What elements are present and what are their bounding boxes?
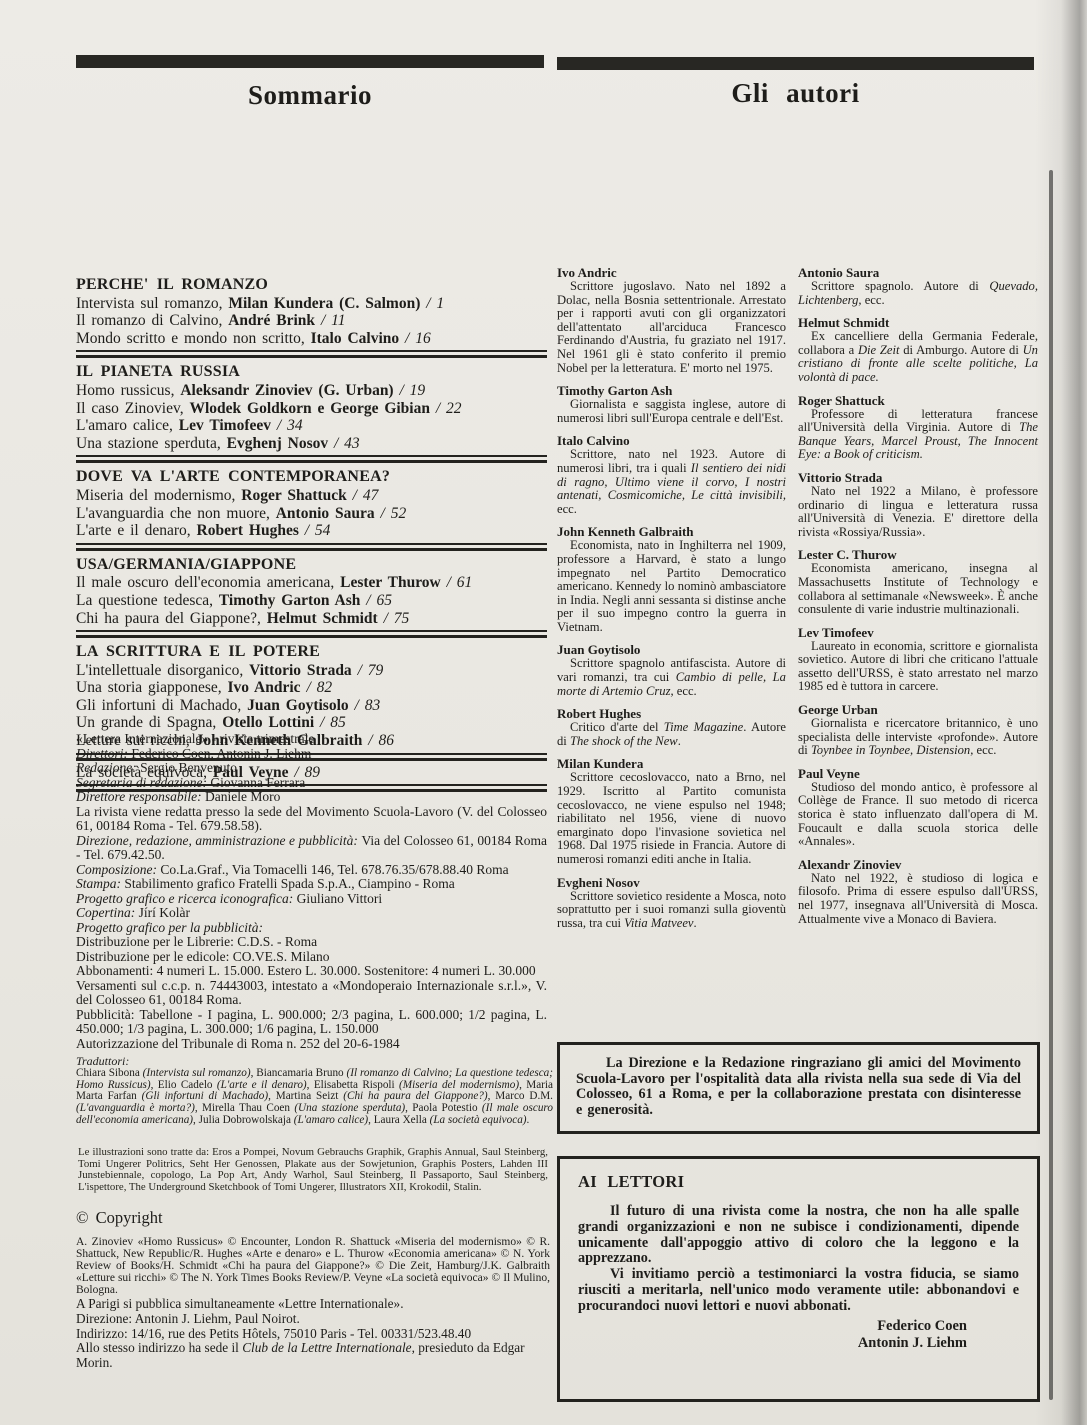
masthead-value: Giovanna Ferrara <box>210 775 305 790</box>
bio-author-name: John Kenneth Galbraith <box>557 525 786 539</box>
masthead-line: Pubblicità: Tabellone - I pagina, L. 900… <box>76 1008 547 1037</box>
text-segment: , Biancamaria Bruno <box>251 1067 347 1079</box>
toc-item-author: Helmut Schmidt <box>267 610 378 627</box>
paris-line: Indirizzo: 14/16, rue des Petits Hôtels,… <box>76 1327 550 1342</box>
bio-text: Scrittore cecoslovacco, nato a Brno, nel… <box>557 771 786 866</box>
text-segment: , Martina Seizt <box>268 1090 343 1102</box>
readers-paragraph: Il futuro di una rivista come la nostra,… <box>578 1204 1019 1267</box>
bio-author-name: Antonio Saura <box>798 266 1038 280</box>
bio-text: Giornalista e ricercatore britannico, è … <box>798 717 1038 758</box>
bio-text: Professore di letteratura francese all'U… <box>798 408 1038 462</box>
bio-entry: Milan KunderaScrittore cecoslovacco, nat… <box>557 757 786 866</box>
bio-author-name: Lev Timofeev <box>798 626 1038 640</box>
masthead-line: Direttore responsabile: Daniele Moro <box>76 790 547 805</box>
text-segment: Giornalista e saggista inglese, autore d… <box>557 397 786 425</box>
masthead-line: Copertina: Jírí Kolàr <box>76 906 547 921</box>
bio-text: Scrittore spagnolo antifascista. Autore … <box>557 657 786 698</box>
bio-entry: Antonio SauraScrittore spagnolo. Autore … <box>798 266 1038 307</box>
signatures: Federico Coen Antonin J. Liehm <box>578 1318 1019 1353</box>
paris-line: Allo stesso indirizzo ha sede il Club de… <box>76 1341 550 1371</box>
toc-item-title: L'arte e il denaro, <box>76 522 197 539</box>
readers-notice-title: AI LETTORI <box>578 1172 1019 1192</box>
readers-notice-box: AI LETTORI Il futuro di una rivista come… <box>557 1156 1040 1402</box>
toc-item-author: Antonio Saura <box>276 505 375 522</box>
illustrations-credit: Le illustrazioni sono tratte da: Eros a … <box>78 1147 548 1193</box>
toc-item: Mondo scritto e mondo non scritto, Italo… <box>76 330 547 348</box>
bio-entry: Lev TimofeevLaureato in economia, scritt… <box>798 626 1038 694</box>
masthead-label: Composizione: <box>76 862 160 877</box>
text-segment: Nato nel 1922, è studioso di logica e fi… <box>798 871 1038 926</box>
bio-text: Nato nel 1922 a Milano, è professore ord… <box>798 485 1038 539</box>
text-segment: Direzione: Antonin J. Liehm, Paul Noirot… <box>76 1311 300 1326</box>
text-segment: (Miseria del modernismo) <box>399 1079 519 1091</box>
masthead-value: Distribuzione per le edicole: CO.VE.S. M… <box>76 949 329 964</box>
masthead-value: Giuliano Vittori <box>297 891 383 906</box>
signature-name: Antonin J. Liehm <box>578 1335 967 1353</box>
bio-entry: Lester C. ThurowEconomista americano, in… <box>798 548 1038 616</box>
toc-item: Il romanzo di Calvino, André Brink / 11 <box>76 312 547 330</box>
toc-item-title: Una storia giapponese, <box>76 679 228 696</box>
masthead-line: Progetto grafico e ricerca iconografica:… <box>76 892 547 907</box>
translators-note: Traduttori: Chiara Sibona (Intervista su… <box>76 1056 553 1127</box>
text-segment: . <box>527 1114 530 1126</box>
text-segment: (L'arte e il denaro) <box>217 1079 307 1091</box>
toc-item: Una stazione sperduta, Evghenj Nosov / 4… <box>76 435 547 453</box>
toc-item-author: Juan Goytisolo <box>247 697 348 714</box>
text-segment: Scrittore spagnolo. Autore di <box>811 279 989 293</box>
masthead-line: Composizione: Co.La.Graf., Via Tomacelli… <box>76 863 547 878</box>
paris-line: A Parigi si pubblica simultaneamente «Le… <box>76 1297 550 1312</box>
bio-entry: Evgheni NosovScrittore sovietico residen… <box>557 876 786 931</box>
toc-item-title: L'avanguardia che non muore, <box>76 505 276 522</box>
masthead-line: La rivista viene redatta presso la sede … <box>76 805 547 834</box>
text-segment: Professore di letteratura francese all'U… <box>798 407 1038 435</box>
masthead-value: Federico Coen, Antonin J. Liehm <box>131 746 311 761</box>
bio-author-name: Juan Goytisolo <box>557 643 786 657</box>
text-segment: (Chi ha paura del Giappone?) <box>343 1090 487 1102</box>
toc-item-title: Il romanzo di Calvino, <box>76 312 228 329</box>
text-segment: , Elisabetta Rispoli <box>307 1079 399 1091</box>
toc-item-title: Una stazione sperduta, <box>76 435 227 452</box>
masthead-line: Stampa: Stabilimento grafico Fratelli Sp… <box>76 877 547 892</box>
masthead-label: Stampa: <box>76 876 124 891</box>
masthead-value: Stabilimento grafico Fratelli Spada S.p.… <box>124 876 454 891</box>
masthead-value: Co.La.Graf., Via Tomacelli 146, Tel. 678… <box>160 862 508 877</box>
toc-item: L'avanguardia che non muore, Antonio Sau… <box>76 505 547 523</box>
text-segment: , Marco D.M. <box>488 1090 553 1102</box>
gli-autori-title: Gli autori <box>557 78 1034 109</box>
thanks-notice-text: La Direzione e la Redazione ringraziano … <box>576 1056 1021 1118</box>
text-segment: Studioso del mondo antico, è professore … <box>798 780 1038 848</box>
text-segment: . <box>694 916 697 930</box>
text-segment: (L'amaro calice) <box>294 1114 368 1126</box>
text-segment: , Elio Cadelo <box>151 1079 217 1091</box>
toc-item-author: Lev Timofeev <box>179 417 271 434</box>
masthead-line: Redazione: Sergio Benvenuto <box>76 761 547 776</box>
masthead-line: «Lettera Internazionale» - rivista trime… <box>76 732 547 747</box>
text-segment: Scrittore cecoslovacco, nato a Brno, nel… <box>557 770 786 866</box>
bio-entry: George UrbanGiornalista e ricercatore br… <box>798 703 1038 758</box>
text-segment: Chiara Sibona <box>76 1067 143 1079</box>
bio-entry: Italo CalvinoScrittore, nato nel 1923. A… <box>557 434 786 516</box>
bio-text: Scrittore spagnolo. Autore di Quevado, L… <box>798 280 1038 307</box>
text-segment: ecc. <box>862 293 885 307</box>
text-segment: (Intervista sul romanzo) <box>143 1067 251 1079</box>
text-segment: (Una stazione sperduta) <box>294 1102 405 1114</box>
toc-item: Miseria del modernismo, Roger Shattuck /… <box>76 487 547 505</box>
section-divider <box>76 630 547 638</box>
toc-item-title: Un grande di Spagna, <box>76 714 222 731</box>
paris-edition-note: A Parigi si pubblica simultaneamente «Le… <box>76 1297 550 1371</box>
toc-item-page: / 75 <box>378 610 410 627</box>
text-segment: , Julia Dobrowolskaja <box>193 1114 294 1126</box>
thanks-notice-box: La Direzione e la Redazione ringraziano … <box>557 1042 1040 1134</box>
toc-section-heading: IL PIANETA RUSSIA <box>76 361 547 382</box>
toc-item-page: / 52 <box>375 505 407 522</box>
signature-name: Federico Coen <box>578 1318 967 1336</box>
readers-paragraph: Vi invitiamo perciò a testimoniarci la v… <box>578 1267 1019 1314</box>
left-column-top-rule <box>76 55 544 68</box>
bio-entry: Timothy Garton AshGiornalista e saggista… <box>557 384 786 425</box>
authors-column-2: Antonio SauraScrittore spagnolo. Autore … <box>798 266 1038 926</box>
toc-item-author: Timothy Garton Ash <box>219 592 361 609</box>
text-segment: Scrittore jugoslavo. Nato nel 1892 a Dol… <box>557 279 786 375</box>
bio-text: Nato nel 1922, è studioso di logica e fi… <box>798 872 1038 926</box>
sommario-title: Sommario <box>76 80 544 111</box>
toc-item: Gli infortuni di Machado, Juan Goytisolo… <box>76 697 547 715</box>
text-segment: (L'avanguardia è morta?) <box>76 1102 195 1114</box>
toc-item-author: Aleksandr Zinoviev (G. Urban) <box>180 382 393 399</box>
toc-item-page: / 82 <box>301 679 333 696</box>
toc-item-page: / 65 <box>360 592 392 609</box>
toc-item-author: Italo Calvino <box>311 330 400 347</box>
masthead-line: Abbonamenti: 4 numeri L. 15.000. Estero … <box>76 964 547 979</box>
page-edge-line <box>1049 170 1053 1400</box>
copyright-credits: A. Zinoviev «Homo Russicus» © Encounter,… <box>76 1236 550 1296</box>
toc-item-page: / 11 <box>315 312 345 329</box>
toc-item-title: Intervista sul romanzo, <box>76 295 228 312</box>
bio-entry: Juan GoytisoloScrittore spagnolo antifas… <box>557 643 786 698</box>
toc-item-author: Wlodek Goldkorn e George Gibian <box>189 400 430 417</box>
toc-item: L'amaro calice, Lev Timofeev / 34 <box>76 417 547 435</box>
toc-item-author: Roger Shattuck <box>241 487 346 504</box>
text-segment: Vitia Matveev <box>624 916 693 930</box>
bio-author-name: Vittorio Strada <box>798 471 1038 485</box>
toc-section-heading: USA/GERMANIA/GIAPPONE <box>76 554 547 575</box>
bio-author-name: Timothy Garton Ash <box>557 384 786 398</box>
text-segment: Indirizzo: 14/16, rue des Petits Hôtels,… <box>76 1326 471 1341</box>
translators-body: Chiara Sibona (Intervista sul romanzo), … <box>76 1068 553 1127</box>
bio-author-name: Evgheni Nosov <box>557 876 786 890</box>
toc-item-author: Robert Hughes <box>197 522 299 539</box>
masthead-value: Sergio Benvenuto <box>140 760 237 775</box>
bio-author-name: Helmut Schmidt <box>798 316 1038 330</box>
toc-item-title: Homo russicus, <box>76 382 180 399</box>
masthead-line: Distribuzione per le edicole: CO.VE.S. M… <box>76 950 547 965</box>
toc-item-author: André Brink <box>228 312 315 329</box>
page-edge-shadow <box>1035 0 1087 1425</box>
bio-entry: Vittorio StradaNato nel 1922 a Milano, è… <box>798 471 1038 539</box>
toc-item-page: / 1 <box>420 295 444 312</box>
text-segment: Nato nel 1922 a Milano, è professore ord… <box>798 484 1038 539</box>
bio-text: Economista, nato in Inghilterra nel 1909… <box>557 539 786 634</box>
authors-column-1: Ivo AndricScrittore jugoslavo. Nato nel … <box>557 266 786 930</box>
text-segment: Critico d'arte del <box>570 720 664 734</box>
toc-item-title: L'intellettuale disorganico, <box>76 662 249 679</box>
toc-item-title: Il caso Zinoviev, <box>76 400 189 417</box>
toc-item: Homo russicus, Aleksandr Zinoviev (G. Ur… <box>76 382 547 400</box>
masthead-value: Distribuzione per le Librerie: C.D.S. - … <box>76 934 317 949</box>
text-segment: Time Magazine <box>664 720 743 734</box>
masthead-value: Abbonamenti: 4 numeri L. 15.000. Estero … <box>76 963 536 978</box>
text-segment: The shock of the New <box>570 734 678 748</box>
bio-text: Laureato in economia, scrittore e giorna… <box>798 640 1038 694</box>
masthead-label: Direttore responsabile: <box>76 789 205 804</box>
toc-item: L'intellettuale disorganico, Vittorio St… <box>76 662 547 680</box>
toc-section-heading: LA SCRITTURA E IL POTERE <box>76 641 547 662</box>
toc-item-author: Ivo Andric <box>228 679 301 696</box>
toc-item-title: Chi ha paura del Giappone?, <box>76 610 267 627</box>
toc-item-author: Milan Kundera (C. Salmon) <box>228 295 420 312</box>
bio-entry: John Kenneth GalbraithEconomista, nato i… <box>557 525 786 634</box>
masthead: «Lettera Internazionale» - rivista trime… <box>76 732 547 1051</box>
masthead-label: Direzione, redazione, amministrazione e … <box>76 833 361 848</box>
masthead-value: Versamenti sul c.c.p. n. 74443003, intes… <box>76 978 547 1008</box>
toc-item: Intervista sul romanzo, Milan Kundera (C… <box>76 295 547 313</box>
toc-section-heading: DOVE VA L'ARTE CONTEMPORANEA? <box>76 466 547 487</box>
toc-item-page: / 16 <box>399 330 431 347</box>
toc-item-title: Mondo scritto e mondo non scritto, <box>76 330 311 347</box>
bio-entry: Roger ShattuckProfessore di letteratura … <box>798 394 1038 462</box>
bio-text: Ex cancelliere della Germania Federale, … <box>798 330 1038 384</box>
toc-item-title: Il male oscuro dell'economia americana, <box>76 574 340 591</box>
text-segment: . <box>678 734 681 748</box>
text-segment: ecc. <box>674 684 697 698</box>
toc-item-page: / 61 <box>441 574 473 591</box>
toc-item: Un grande di Spagna, Otello Lottini / 85 <box>76 714 547 732</box>
toc-item: L'arte e il denaro, Robert Hughes / 54 <box>76 522 547 540</box>
toc-item-page: / 83 <box>349 697 381 714</box>
toc-item: Chi ha paura del Giappone?, Helmut Schmi… <box>76 610 547 628</box>
toc-item-title: Miseria del modernismo, <box>76 487 241 504</box>
section-divider <box>76 543 547 551</box>
section-divider <box>76 350 547 358</box>
bio-author-name: Lester C. Thurow <box>798 548 1038 562</box>
masthead-line: Direzione, redazione, amministrazione e … <box>76 834 547 863</box>
bio-text: Giornalista e saggista inglese, autore d… <box>557 398 786 425</box>
toc-item-author: Evghenj Nosov <box>227 435 328 452</box>
text-segment: A Parigi si pubblica simultaneamente «Le… <box>76 1296 404 1311</box>
text-segment: (Gli infortuni di Machado) <box>142 1090 268 1102</box>
table-of-contents: PERCHE' IL ROMANZOIntervista sul romanzo… <box>76 274 547 795</box>
toc-item-page: / 19 <box>394 382 426 399</box>
toc-item: Una storia giapponese, Ivo Andric / 82 <box>76 679 547 697</box>
text-segment: Die Zeit <box>858 343 900 357</box>
masthead-label: Direttori: <box>76 746 131 761</box>
section-divider <box>76 455 547 463</box>
masthead-value: Autorizzazione del Tribunale di Roma n. … <box>76 1036 400 1051</box>
toc-item: Il caso Zinoviev, Wlodek Goldkorn e Geor… <box>76 400 547 418</box>
text-segment: Allo stesso indirizzo ha sede il <box>76 1340 242 1355</box>
text-segment: Toynbee in Toynbee, Distension, <box>811 743 973 757</box>
right-column-top-rule <box>557 57 1034 70</box>
bio-text: Economista americano, insegna al Massach… <box>798 562 1038 616</box>
bio-author-name: Italo Calvino <box>557 434 786 448</box>
toc-item-title: La questione tedesca, <box>76 592 219 609</box>
bio-entry: Ivo AndricScrittore jugoslavo. Nato nel … <box>557 266 786 375</box>
text-segment: Club de la Lettre Internationale <box>242 1340 411 1355</box>
toc-item-page: / 47 <box>347 487 379 504</box>
masthead-line: Progetto grafico per la pubblicità: <box>76 921 547 936</box>
text-segment: (La società equivoca) <box>430 1114 527 1126</box>
bio-author-name: Milan Kundera <box>557 757 786 771</box>
toc-item-page: / 85 <box>314 714 346 731</box>
bio-entry: Robert HughesCritico d'arte del Time Mag… <box>557 707 786 748</box>
text-segment: Economista, nato in Inghilterra nel 1909… <box>557 538 786 634</box>
bio-author-name: Roger Shattuck <box>798 394 1038 408</box>
toc-item-author: Lester Thurow <box>340 574 441 591</box>
toc-item-page: / 22 <box>430 400 462 417</box>
toc-item-author: Otello Lottini <box>222 714 314 731</box>
masthead-value: La rivista viene redatta presso la sede … <box>76 804 547 834</box>
masthead-label: Copertina: <box>76 905 139 920</box>
masthead-line: Autorizzazione del Tribunale di Roma n. … <box>76 1037 547 1052</box>
masthead-line: Distribuzione per le Librerie: C.D.S. - … <box>76 935 547 950</box>
toc-item-page: / 79 <box>352 662 384 679</box>
masthead-value: Pubblicità: Tabellone - I pagina, L. 900… <box>76 1007 547 1037</box>
paris-line: Direzione: Antonin J. Liehm, Paul Noirot… <box>76 1312 550 1327</box>
toc-item-author: Vittorio Strada <box>249 662 352 679</box>
text-segment: ecc. <box>973 743 996 757</box>
bio-entry: Alexandr ZinovievNato nel 1922, è studio… <box>798 858 1038 926</box>
bio-entry: Paul VeyneStudioso del mondo antico, è p… <box>798 767 1038 849</box>
toc-item-page: / 34 <box>271 417 303 434</box>
toc-section-heading: PERCHE' IL ROMANZO <box>76 274 547 295</box>
toc-item-title: L'amaro calice, <box>76 417 179 434</box>
text-segment: , Paola Potestio <box>405 1102 482 1114</box>
bio-author-name: Ivo Andric <box>557 266 786 280</box>
bio-author-name: George Urban <box>798 703 1038 717</box>
text-segment: ecc. <box>557 502 577 516</box>
masthead-label: Progetto grafico e ricerca iconografica: <box>76 891 297 906</box>
text-segment: Economista americano, insegna al Massach… <box>798 561 1038 616</box>
bio-author-name: Paul Veyne <box>798 767 1038 781</box>
bio-text: Scrittore sovietico residente a Mosca, n… <box>557 890 786 931</box>
masthead-value: Jírí Kolàr <box>139 905 190 920</box>
masthead-line: Segretaria di redazione: Giovanna Ferrar… <box>76 776 547 791</box>
toc-item-page: / 54 <box>299 522 331 539</box>
toc-item-page: / 43 <box>328 435 360 452</box>
copyright-heading: © Copyright <box>76 1208 163 1228</box>
masthead-line: Direttori: Federico Coen, Antonin J. Lie… <box>76 747 547 762</box>
masthead-label: Redazione: <box>76 760 140 775</box>
masthead-label: Segretaria di redazione: <box>76 775 210 790</box>
text-segment: , Laura Xella <box>368 1114 430 1126</box>
bio-entry: Helmut SchmidtEx cancelliere della Germa… <box>798 316 1038 384</box>
bio-text: Studioso del mondo antico, è professore … <box>798 781 1038 849</box>
toc-item: Il male oscuro dell'economia americana, … <box>76 574 547 592</box>
bio-text: Scrittore jugoslavo. Nato nel 1892 a Dol… <box>557 280 786 375</box>
bio-text: Critico d'arte del Time Magazine. Autore… <box>557 721 786 748</box>
bio-author-name: Robert Hughes <box>557 707 786 721</box>
bio-text: Scrittore, nato nel 1923. Autore di nume… <box>557 448 786 516</box>
toc-item-title: Gli infortuni di Machado, <box>76 697 247 714</box>
masthead-value: «Lettera Internazionale» - rivista trime… <box>76 731 314 746</box>
text-segment: , Mirella Thau Coen <box>195 1102 295 1114</box>
text-segment: Laureato in economia, scrittore e giorna… <box>798 639 1038 694</box>
masthead-value: Daniele Moro <box>205 789 280 804</box>
bio-author-name: Alexandr Zinoviev <box>798 858 1038 872</box>
toc-item: La questione tedesca, Timothy Garton Ash… <box>76 592 547 610</box>
masthead-line: Versamenti sul c.c.p. n. 74443003, intes… <box>76 979 547 1008</box>
text-segment: di Amburgo. Autore di <box>899 343 1022 357</box>
masthead-label: Progetto grafico per la pubblicità: <box>76 920 263 935</box>
